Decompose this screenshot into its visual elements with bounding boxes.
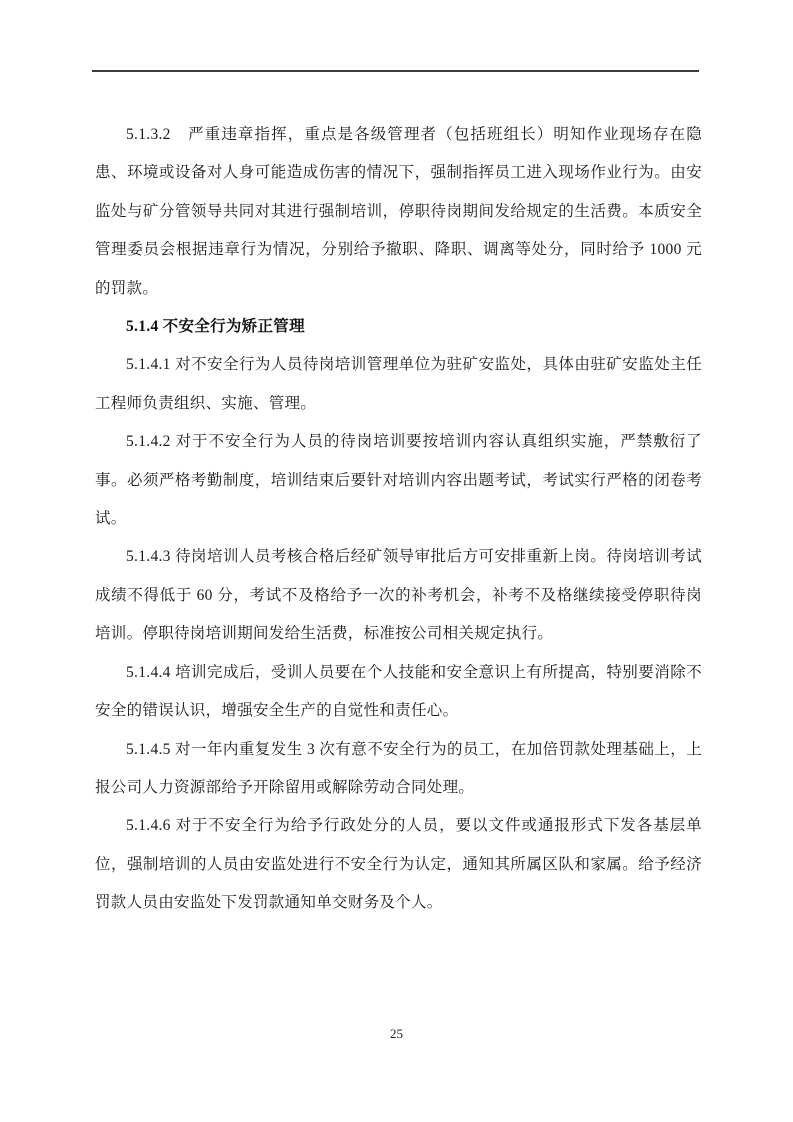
paragraph-5-1-4-2: 5.1.4.2 对于不安全行为人员的待岗培训要按培训内容认真组织实施，严禁敷衍了… (95, 423, 702, 538)
paragraph-5-1-4-1: 5.1.4.1 对不安全行为人员待岗培训管理单位为驻矿安监处，具体由驻矿安监处主… (95, 346, 702, 423)
document-body: 5.1.3.2 严重违章指挥，重点是各级管理者（包括班组长）明知作业现场存在隐患… (95, 116, 702, 923)
paragraph-5-1-4-4: 5.1.4.4 培训完成后，受训人员要在个人技能和安全意识上有所提高，特别要消除… (95, 654, 702, 731)
section-heading-5-1-4: 5.1.4 不安全行为矫正管理 (95, 308, 702, 346)
paragraph-5-1-4-6: 5.1.4.6 对于不安全行为给予行政处分的人员，要以文件或通报形式下发各基层单… (95, 807, 702, 922)
header-rule (92, 70, 699, 72)
document-page: 5.1.3.2 严重违章指挥，重点是各级管理者（包括班组长）明知作业现场存在隐患… (0, 0, 793, 1122)
page-number: 25 (0, 1026, 793, 1042)
paragraph-5-1-4-3: 5.1.4.3 待岗培训人员考核合格后经矿领导审批后方可安排重新上岗。待岗培训考… (95, 538, 702, 653)
paragraph-5-1-4-5: 5.1.4.5 对一年内重复发生 3 次有意不安全行为的员工，在加倍罚款处理基础… (95, 731, 702, 808)
paragraph-5-1-3-2: 5.1.3.2 严重违章指挥，重点是各级管理者（包括班组长）明知作业现场存在隐患… (95, 116, 702, 308)
